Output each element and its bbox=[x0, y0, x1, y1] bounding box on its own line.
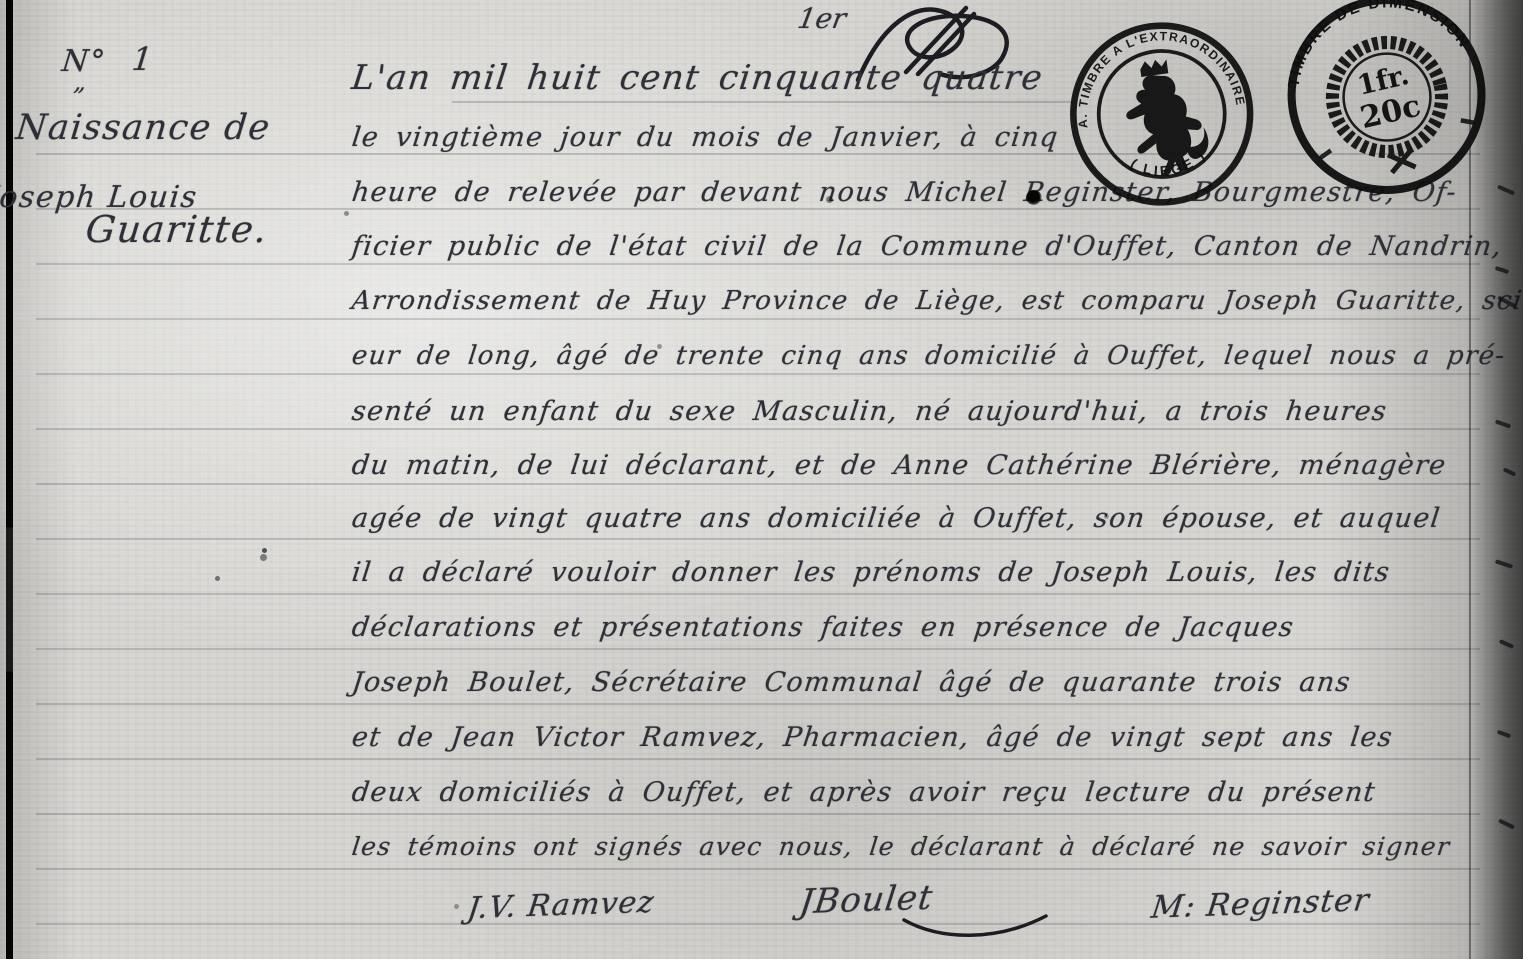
body-line: Arrondissement de Huy Province de Liège,… bbox=[350, 286, 1523, 316]
margin-title-line3: Guaritte. bbox=[84, 208, 270, 251]
document-scan-page: N° „ 1 Naissance de Joseph Louis Guaritt… bbox=[0, 0, 1523, 959]
body-line: ficier public de l'état civil de la Comm… bbox=[350, 231, 1504, 262]
body-line: deux domiciliés à Ouffet, et après avoir… bbox=[350, 777, 1378, 808]
paper-specks bbox=[0, 0, 3, 3]
body-line: Joseph Boulet, Sécrétaire Communal âgé d… bbox=[350, 667, 1353, 698]
ink-blot bbox=[1026, 190, 1042, 205]
body-line: il a déclaré vouloir donner les prénoms … bbox=[350, 557, 1392, 588]
body-line: agée de vingt quatre ans domiciliée à Ou… bbox=[350, 503, 1442, 534]
body-line: du matin, de lui déclarant, et de Anne C… bbox=[350, 450, 1448, 481]
book-spine-edge bbox=[6, 0, 13, 959]
body-line: eur de long, âgé de trente cinq ans domi… bbox=[350, 341, 1507, 371]
act-number-ditto: „ bbox=[73, 68, 90, 96]
signature-witness-ramvez: J.V. Ramvez bbox=[465, 885, 656, 926]
act-number-value: 1 bbox=[130, 40, 156, 78]
act-order-annotation: 1er bbox=[795, 2, 849, 35]
body-line: L'an mil huit cent cinquante quatre bbox=[350, 58, 1046, 98]
margin-title-line1: Naissance de bbox=[14, 108, 273, 148]
body-line: déclarations et présentations faites en … bbox=[350, 612, 1296, 643]
body-line: les témoins ont signés avec nous, le déc… bbox=[350, 832, 1452, 861]
signature-underline-flourish-icon bbox=[900, 912, 1050, 946]
stamp-extraordinaire-liege: A. TIMBRE A L'EXTRAORDINAIRE ( LIEGE ) bbox=[1046, 6, 1279, 225]
body-line: le vingtième jour du mois de Janvier, à … bbox=[350, 122, 1060, 153]
binding-gutter bbox=[1471, 0, 1523, 959]
body-line: senté un enfant du sexe Masculin, né auj… bbox=[350, 396, 1389, 427]
body-line: et de Jean Victor Ramvez, Pharmacien, âg… bbox=[350, 722, 1395, 753]
